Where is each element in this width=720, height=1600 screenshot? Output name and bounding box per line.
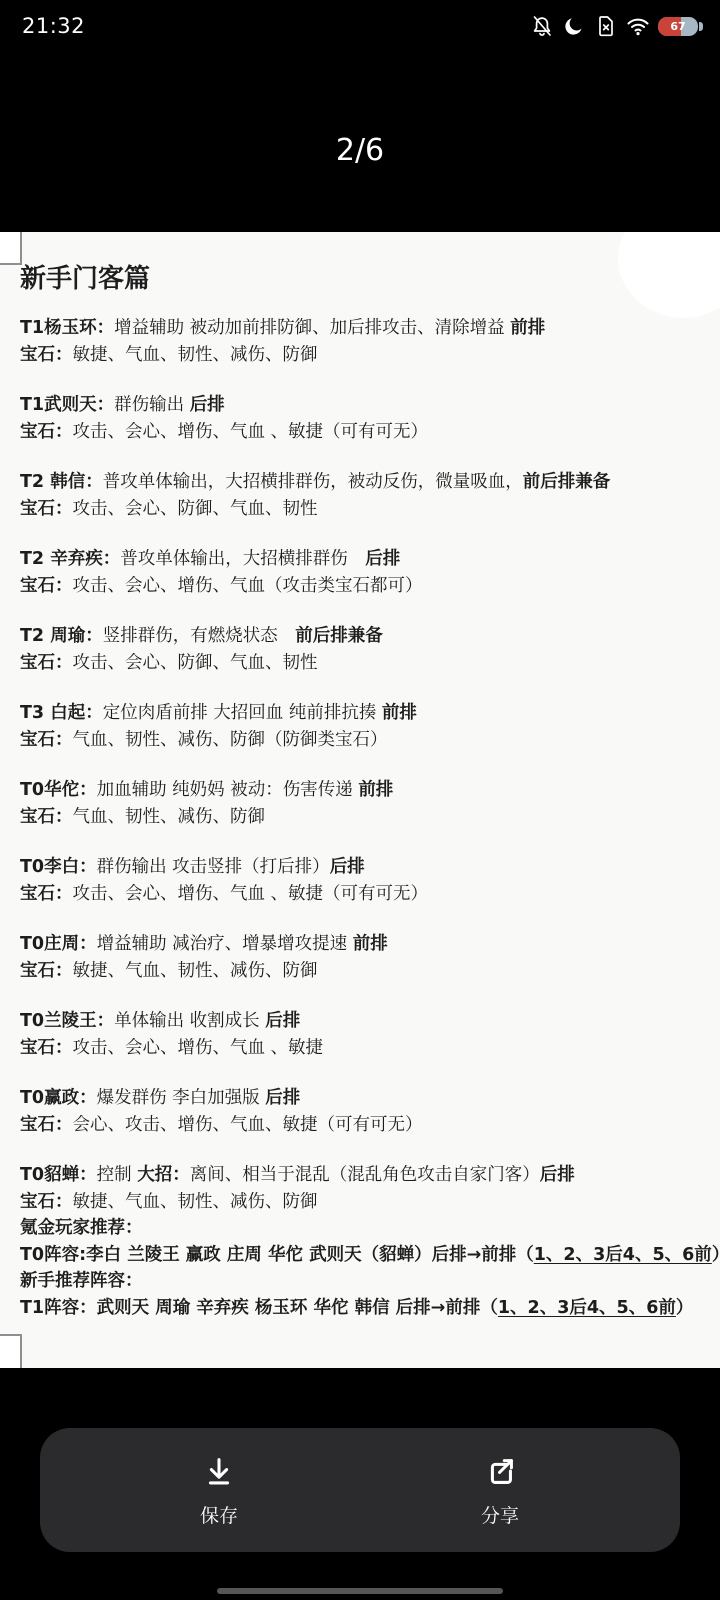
doc-line: T0华佗：加血辅助 纯奶妈 被动：伤害传递 前排	[20, 777, 702, 804]
doc-line: T2 韩信：普攻单体输出，大招横排群伤，被动反伤，微量吸血，前后排兼备	[20, 469, 702, 496]
document-title: 新手门客篇	[20, 258, 702, 295]
status-icons: 67	[530, 14, 698, 38]
night-mode-icon	[562, 14, 586, 38]
home-indicator[interactable]	[217, 1588, 503, 1594]
doc-line: T0兰陵王：单体输出 收割成长 后排	[20, 1008, 702, 1035]
action-sheet: 保存 分享	[40, 1428, 680, 1552]
doc-line: 宝石：敏捷、气血、韧性、减伤、防御	[20, 1189, 702, 1216]
doc-line: 宝石：攻击、会心、增伤、气血 、敏捷	[20, 1035, 702, 1062]
page-corner-mark-bottom	[0, 1334, 22, 1368]
document-image[interactable]: 新手门客篇 T1杨玉环：增益辅助 被动加前排防御、加后排攻击、清除增益 前排宝石…	[0, 232, 720, 1368]
share-icon	[481, 1453, 519, 1491]
doc-block: T0兰陵王：单体输出 收割成长 后排宝石：攻击、会心、增伤、气血 、敏捷	[20, 1008, 702, 1061]
save-button[interactable]: 保存	[139, 1428, 299, 1552]
battery-percent: 67	[658, 17, 698, 36]
doc-block: T2 辛弃疾：普攻单体输出，大招横排群伤 后排宝石：攻击、会心、增伤、气血（攻击…	[20, 546, 702, 599]
doc-line: T2 周瑜：竖排群伤，有燃烧状态 前后排兼备	[20, 623, 702, 650]
doc-line: 宝石：气血、韧性、减伤、防御（防御类宝石）	[20, 727, 702, 754]
doc-line: 宝石：攻击、会心、防御、气血、韧性	[20, 496, 702, 523]
doc-block: T1杨玉环：增益辅助 被动加前排防御、加后排攻击、清除增益 前排宝石：敏捷、气血…	[20, 315, 702, 368]
doc-line: T2 辛弃疾：普攻单体输出，大招横排群伤 后排	[20, 546, 702, 573]
doc-line: 宝石：攻击、会心、增伤、气血 、敏捷（可有可无）	[20, 419, 702, 446]
doc-block: T2 周瑜：竖排群伤，有燃烧状态 前后排兼备宝石：攻击、会心、防御、气血、韧性	[20, 623, 702, 676]
doc-line: T1武则天：群伤输出 后排	[20, 392, 702, 419]
clock: 21:32	[22, 14, 85, 38]
doc-line: 宝石：攻击、会心、防御、气血、韧性	[20, 650, 702, 677]
doc-line: T3 白起：定位肉盾前排 大招回血 纯前排抗揍 前排	[20, 700, 702, 727]
image-page-indicator: 2/6	[0, 133, 720, 168]
doc-line: 宝石：攻击、会心、增伤、气血（攻击类宝石都可）	[20, 573, 702, 600]
battery-icon: 67	[658, 17, 698, 36]
doc-line: T1杨玉环：增益辅助 被动加前排防御、加后排攻击、清除增益 前排	[20, 315, 702, 342]
doc-block: T0赢政：爆发群伤 李白加强版 后排宝石：会心、攻击、增伤、气血、敏捷（可有可无…	[20, 1085, 702, 1138]
doc-line: 宝石：敏捷、气血、韧性、减伤、防御	[20, 958, 702, 985]
doc-line: T0庄周：增益辅助 减治疗、增暴增攻提速 前排	[20, 931, 702, 958]
doc-line: 宝石：会心、攻击、增伤、气血、敏捷（可有可无）	[20, 1112, 702, 1139]
sim-card-error-icon	[594, 14, 618, 38]
doc-line: T0李白：群伤输出 攻击竖排（打后排）后排	[20, 854, 702, 881]
document-content: 新手门客篇 T1杨玉环：增益辅助 被动加前排防御、加后排攻击、清除增益 前排宝石…	[0, 232, 720, 1321]
doc-block: T1武则天：群伤输出 后排宝石：攻击、会心、增伤、气血 、敏捷（可有可无）	[20, 392, 702, 445]
status-bar: 21:32 67	[0, 0, 720, 52]
doc-line: 氪金玩家推荐：	[20, 1215, 702, 1242]
share-button[interactable]: 分享	[420, 1428, 580, 1552]
doc-line: T0貂蝉：控制 大招：离间、相当于混乱（混乱角色攻击自家门客）后排	[20, 1162, 702, 1189]
download-icon	[200, 1453, 238, 1491]
doc-block: T0貂蝉：控制 大招：离间、相当于混乱（混乱角色攻击自家门客）后排宝石：敏捷、气…	[20, 1162, 702, 1321]
battery-nub	[699, 22, 703, 31]
doc-line: T0赢政：爆发群伤 李白加强版 后排	[20, 1085, 702, 1112]
doc-line: 宝石：攻击、会心、增伤、气血 、敏捷（可有可无）	[20, 881, 702, 908]
doc-line: T1阵容：武则天 周瑜 辛弃疾 杨玉环 华佗 韩信 后排→前排（1、2、3后4、…	[20, 1295, 702, 1322]
screen: 21:32 67	[0, 0, 720, 1600]
doc-block: T0李白：群伤输出 攻击竖排（打后排）后排宝石：攻击、会心、增伤、气血 、敏捷（…	[20, 854, 702, 907]
doc-block: T0庄周：增益辅助 减治疗、增暴增攻提速 前排宝石：敏捷、气血、韧性、减伤、防御	[20, 931, 702, 984]
doc-line: 宝石：气血、韧性、减伤、防御	[20, 804, 702, 831]
doc-line: 新手推荐阵容：	[20, 1268, 702, 1295]
doc-block: T0华佗：加血辅助 纯奶妈 被动：伤害传递 前排宝石：气血、韧性、减伤、防御	[20, 777, 702, 830]
doc-line: T0阵容:李白 兰陵王 赢政 庄周 华佗 武则天（貂蝉）后排→前排（1、2、3后…	[20, 1242, 702, 1269]
doc-blocks: T1杨玉环：增益辅助 被动加前排防御、加后排攻击、清除增益 前排宝石：敏捷、气血…	[20, 315, 702, 1321]
wifi-icon	[626, 14, 650, 38]
doc-line: 宝石：敏捷、气血、韧性、减伤、防御	[20, 342, 702, 369]
share-label: 分享	[481, 1501, 519, 1528]
doc-block: T2 韩信：普攻单体输出，大招横排群伤，被动反伤，微量吸血，前后排兼备宝石：攻击…	[20, 469, 702, 522]
save-label: 保存	[200, 1501, 238, 1528]
doc-block: T3 白起：定位肉盾前排 大招回血 纯前排抗揍 前排宝石：气血、韧性、减伤、防御…	[20, 700, 702, 753]
notifications-off-icon	[530, 14, 554, 38]
